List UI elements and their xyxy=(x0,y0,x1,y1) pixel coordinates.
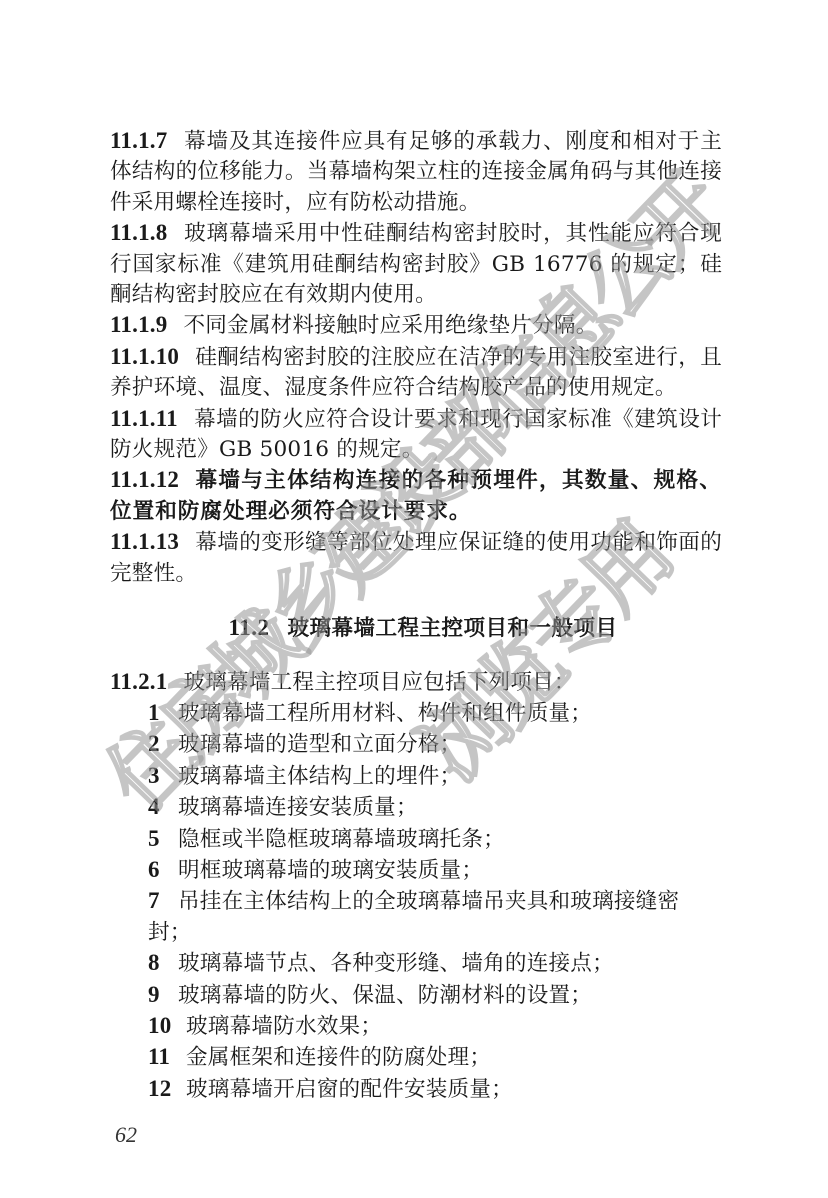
clause-11-1-12: 11.1.12幕墙与主体结构连接的各种预埋件，其数量、规格、位置和防腐处理必须符… xyxy=(110,465,722,527)
clause-number: 11.2.1 xyxy=(110,669,167,694)
list-item: 11金属框架和连接件的防腐处理； xyxy=(110,1042,722,1073)
clause-number: 11.1.8 xyxy=(110,220,167,245)
clause-text: 硅酮结构密封胶的注胶应在洁净的专用注胶室进行，且养护环境、温度、湿度条件应符合结… xyxy=(110,345,722,400)
list-item: 4玻璃幕墙连接安装质量； xyxy=(110,792,722,823)
item-list: 1玻璃幕墙工程所用材料、构件和组件质量； 2玻璃幕墙的造型和立面分格； 3玻璃幕… xyxy=(110,698,722,1105)
page-number: 62 xyxy=(115,1122,137,1148)
item-number: 5 xyxy=(148,824,178,854)
item-number: 10 xyxy=(148,1011,186,1041)
document-page: 11.1.7幕墙及其连接件应具有足够的承载力、刚度和相对于主体结构的位移能力。当… xyxy=(0,0,828,1198)
list-item: 3玻璃幕墙主体结构上的埋件； xyxy=(110,761,722,792)
clause-text-mandatory: 幕墙与主体结构连接的各种预埋件，其数量、规格、位置和防腐处理必须符合设计要求。 xyxy=(110,468,722,523)
list-item: 7吊挂在主体结构上的全玻璃幕墙吊夹具和玻璃接缝密封； xyxy=(110,886,722,948)
list-item: 12玻璃幕墙开启窗的配件安装质量； xyxy=(110,1074,722,1105)
list-item: 9玻璃幕墙的防火、保温、防潮材料的设置； xyxy=(110,980,722,1011)
item-text: 玻璃幕墙节点、各种变形缝、墙角的连接点； xyxy=(178,951,614,976)
section-heading: 11.2玻璃幕墙工程主控项目和一般项目 xyxy=(110,613,722,644)
item-number: 7 xyxy=(148,886,178,916)
section-title: 玻璃幕墙工程主控项目和一般项目 xyxy=(287,616,617,641)
clause-text: 幕墙及其连接件应具有足够的承载力、刚度和相对于主体结构的位移能力。当幕墙构架立柱… xyxy=(110,129,722,215)
item-number: 3 xyxy=(148,761,178,791)
item-number: 4 xyxy=(148,792,178,822)
clause-11-1-11: 11.1.11幕墙的防火应符合设计要求和现行国家标准《建筑设计防火规范》GB 5… xyxy=(110,404,722,466)
item-number: 9 xyxy=(148,980,178,1010)
item-text: 玻璃幕墙防水效果； xyxy=(186,1014,382,1039)
list-item: 10玻璃幕墙防水效果； xyxy=(110,1011,722,1042)
item-text: 明框玻璃幕墙的玻璃安装质量； xyxy=(178,858,483,883)
clause-number: 11.1.11 xyxy=(110,406,178,431)
clause-11-1-9: 11.1.9不同金属材料接触时应采用绝缘垫片分隔。 xyxy=(110,310,722,341)
list-item: 2玻璃幕墙的造型和立面分格； xyxy=(110,729,722,760)
item-text: 玻璃幕墙连接安装质量； xyxy=(178,795,418,820)
clause-number: 11.1.13 xyxy=(110,529,179,554)
clause-11-2-1: 11.2.1玻璃幕墙工程主控项目应包括下列项目： xyxy=(110,667,722,698)
clause-text: 幕墙的防火应符合设计要求和现行国家标准《建筑设计防火规范》GB 50016 的规… xyxy=(110,407,722,462)
clause-text: 玻璃幕墙采用中性硅酮结构密封胶时，其性能应符合现行国家标准《建筑用硅酮结构密封胶… xyxy=(110,221,722,307)
item-number: 1 xyxy=(148,698,178,728)
item-text: 隐框或半隐框玻璃幕墙玻璃托条； xyxy=(178,827,505,852)
item-number: 6 xyxy=(148,855,178,885)
item-text: 玻璃幕墙开启窗的配件安装质量； xyxy=(186,1077,513,1102)
list-item: 8玻璃幕墙节点、各种变形缝、墙角的连接点； xyxy=(110,948,722,979)
list-item: 1玻璃幕墙工程所用材料、构件和组件质量； xyxy=(110,698,722,729)
list-item: 5隐框或半隐框玻璃幕墙玻璃托条； xyxy=(110,824,722,855)
item-number: 11 xyxy=(148,1042,186,1072)
clause-text: 幕墙的变形缝等部位处理应保证缝的使用功能和饰面的完整性。 xyxy=(110,530,722,585)
item-number: 12 xyxy=(148,1074,186,1104)
item-number: 8 xyxy=(148,948,178,978)
item-text: 玻璃幕墙的造型和立面分格； xyxy=(178,732,461,757)
clause-11-1-7: 11.1.7幕墙及其连接件应具有足够的承载力、刚度和相对于主体结构的位移能力。当… xyxy=(110,126,722,218)
item-text: 玻璃幕墙主体结构上的埋件； xyxy=(178,764,461,789)
item-number: 2 xyxy=(148,729,178,759)
clause-11-1-10: 11.1.10硅酮结构密封胶的注胶应在洁净的专用注胶室进行，且养护环境、温度、湿… xyxy=(110,342,722,404)
page-content: 11.1.7幕墙及其连接件应具有足够的承载力、刚度和相对于主体结构的位移能力。当… xyxy=(110,126,722,1105)
item-text: 玻璃幕墙工程所用材料、构件和组件质量； xyxy=(178,701,592,726)
clause-number: 11.1.9 xyxy=(110,312,167,337)
clause-text: 玻璃幕墙工程主控项目应包括下列项目： xyxy=(183,670,575,695)
item-text: 吊挂在主体结构上的全玻璃幕墙吊夹具和玻璃接缝密封； xyxy=(148,889,679,944)
section-number: 11.2 xyxy=(229,615,270,640)
clause-text: 不同金属材料接触时应采用绝缘垫片分隔。 xyxy=(183,313,597,338)
clause-number: 11.1.7 xyxy=(110,128,167,153)
list-item: 6明框玻璃幕墙的玻璃安装质量； xyxy=(110,855,722,886)
item-text: 玻璃幕墙的防火、保温、防潮材料的设置； xyxy=(178,983,592,1008)
clause-number: 11.1.12 xyxy=(110,467,179,492)
clause-number: 11.1.10 xyxy=(110,344,179,369)
clause-11-1-13: 11.1.13幕墙的变形缝等部位处理应保证缝的使用功能和饰面的完整性。 xyxy=(110,527,722,589)
clause-11-1-8: 11.1.8玻璃幕墙采用中性硅酮结构密封胶时，其性能应符合现行国家标准《建筑用硅… xyxy=(110,218,722,310)
item-text: 金属框架和连接件的防腐处理； xyxy=(186,1045,491,1070)
